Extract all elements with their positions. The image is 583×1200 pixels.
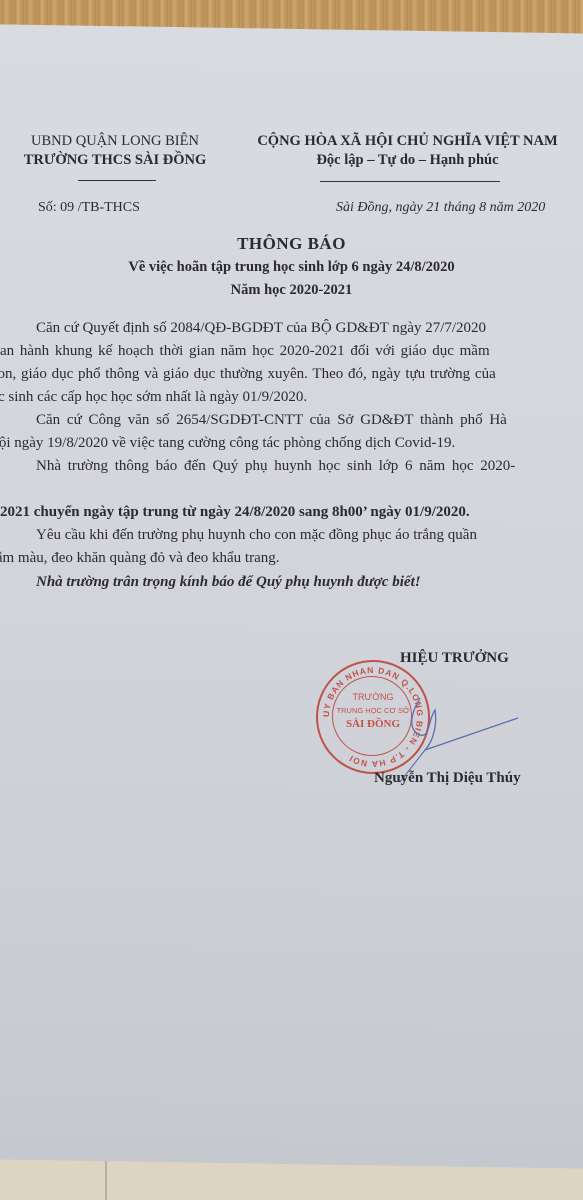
body-line: học sinh các cấp học học sớm nhất là ngà… bbox=[0, 389, 307, 406]
body-line: sẫm màu, đeo khăn quàng đỏ và đeo khẩu t… bbox=[0, 550, 280, 567]
national-title: CỘNG HÒA XÃ HỘI CHỦ NGHĨA VIỆT NAM bbox=[232, 132, 583, 151]
place-date: Sài Đồng, ngày 21 tháng 8 năm 2020 bbox=[336, 200, 545, 216]
signer-title: HIỆU TRƯỞNG bbox=[400, 650, 509, 667]
document-number: Số: 09 /TB-THCS bbox=[38, 200, 140, 216]
body-line: non, giáo dục phổ thông và giáo dục thườ… bbox=[0, 366, 496, 383]
signer-name: Nguyễn Thị Diệu Thúy bbox=[374, 770, 521, 787]
document-subtitle: Về việc hoãn tập trung học sinh lớp 6 ng… bbox=[0, 259, 583, 276]
header-right-rule bbox=[320, 181, 500, 182]
body-line-emphasis: 2021 chuyển ngày tập trung từ ngày 24/8/… bbox=[0, 504, 470, 521]
issuer-header: UBND QUẬN LONG BIÊN TRƯỜNG THCS SÀI ĐỒNG bbox=[0, 132, 230, 170]
body-line: Nhà trường thông báo đến Quý phụ huynh h… bbox=[36, 458, 515, 475]
school-year: Năm học 2020-2021 bbox=[0, 282, 583, 299]
national-header: CỘNG HÒA XÃ HỘI CHỦ NGHĨA VIỆT NAM Độc l… bbox=[232, 132, 583, 170]
body-line: Yêu cầu khi đến trường phụ huynh cho con… bbox=[36, 527, 477, 544]
body-line: Căn cứ Quyết định số 2084/QĐ-BGDĐT của B… bbox=[36, 320, 486, 337]
body-line: Ban hành khung kế hoạch thời gian năm họ… bbox=[0, 343, 490, 360]
document-content: UBND QUẬN LONG BIÊN TRƯỜNG THCS SÀI ĐỒNG… bbox=[0, 0, 583, 1200]
closing-line: Nhà trường trân trọng kính báo để Quý ph… bbox=[36, 574, 421, 591]
issuer-district: UBND QUẬN LONG BIÊN bbox=[0, 132, 230, 151]
document-title: THÔNG BÁO bbox=[0, 234, 583, 254]
issuer-school: TRƯỜNG THCS SÀI ĐỒNG bbox=[0, 151, 230, 170]
header-left-rule bbox=[78, 180, 156, 181]
body-line: Nội ngày 19/8/2020 về việc tang cường cô… bbox=[0, 435, 455, 452]
body-line: Căn cứ Công văn số 2654/SGDĐT-CNTT của S… bbox=[36, 412, 507, 429]
national-motto: Độc lập – Tự do – Hạnh phúc bbox=[232, 151, 583, 170]
